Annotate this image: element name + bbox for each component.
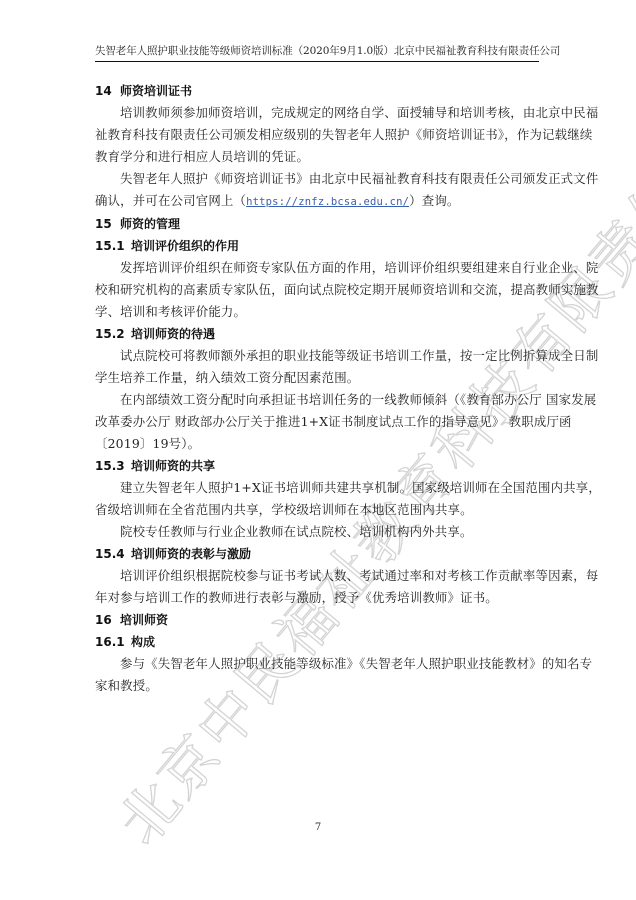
paragraph-line: 祉教育科技有限责任公司颁发相应级别的失智老年人照护《师资培训证书》，作为记载继续 xyxy=(95,124,539,146)
heading-title: 培训师资的共享 xyxy=(131,459,215,473)
heading-title: 构成 xyxy=(131,635,155,649)
paragraph-line: 校和研究机构的高素质专家队伍，面向试点院校定期开展师资培训和交流，提高教师实施教 xyxy=(95,279,539,301)
paragraph-line: 〔2019〕19号）。 xyxy=(95,433,539,455)
heading-14: 14师资培训证书 xyxy=(95,80,539,102)
link-prefix: 确认，并可在公司官网上（ xyxy=(95,193,246,208)
heading-15-3: 15.3培训师资的共享 xyxy=(95,455,539,477)
paragraph-line: 院校专任教师与行业企业教师在试点院校、培训机构内外共享。 xyxy=(95,521,539,543)
heading-15-4: 15.4培训师资的表彰与激励 xyxy=(95,543,539,565)
link-suffix: ）查询。 xyxy=(409,193,459,208)
paragraph: 院校专任教师与行业企业教师在试点院校、培训机构内外共享。 xyxy=(95,521,539,543)
heading-title: 师资的管理 xyxy=(120,217,180,231)
heading-number: 15 xyxy=(95,213,120,235)
paragraph-with-link: 失智老年人照护《师资培训证书》由北京中民福祉教育科技有限责任公司颁发正式文件 确… xyxy=(95,168,539,213)
heading-title: 师资培训证书 xyxy=(120,84,192,98)
paragraph-line: 试点院校可将教师额外承担的职业技能等级证书培训工作量，按一定比例折算成全日制 xyxy=(95,345,539,367)
page-number: 7 xyxy=(0,822,636,833)
paragraph-line: 培训评价组织根据院校参与证书考试人数、考试通过率和对考核工作贡献率等因素，每 xyxy=(95,565,539,587)
heading-number: 15.1 xyxy=(95,235,131,257)
paragraph-line: 改革委办公厅 财政部办公厅关于推进1+X证书制度试点工作的指导意见》 教职成厅函 xyxy=(95,411,539,433)
heading-title: 培训评价组织的作用 xyxy=(131,239,239,253)
paragraph: 参与《失智老年人照护职业技能等级标准》《失智老年人照护职业技能教材》的知名专 家… xyxy=(95,653,539,697)
paragraph: 培训评价组织根据院校参与证书考试人数、考试通过率和对考核工作贡献率等因素，每 年… xyxy=(95,565,539,609)
heading-number: 15.2 xyxy=(95,323,131,345)
paragraph-line: 家和教授。 xyxy=(95,675,539,697)
heading-title: 培训师资的表彰与激励 xyxy=(131,547,251,561)
paragraph-line: 年对参与培训工作的教师进行表彰与激励，授予《优秀培训教师》证书。 xyxy=(95,587,539,609)
heading-number: 15.3 xyxy=(95,455,131,477)
heading-number: 14 xyxy=(95,80,120,102)
heading-number: 16 xyxy=(95,609,120,631)
heading-16: 16培训师资 xyxy=(95,609,539,631)
heading-16-1: 16.1构成 xyxy=(95,631,539,653)
heading-15-1: 15.1培训评价组织的作用 xyxy=(95,235,539,257)
heading-title: 培训师资的待遇 xyxy=(131,327,215,341)
paragraph: 在内部绩效工资分配时向承担证书培训任务的一线教师倾斜（《教育部办公厅 国家发展 … xyxy=(95,389,539,455)
paragraph-line: 省级培训师在全省范围内共享，学校级培训师在本地区范围内共享。 xyxy=(95,499,539,521)
heading-number: 16.1 xyxy=(95,631,131,653)
paragraph: 建立失智老年人照护1+X证书培训师共建共享机制。国家级培训师在全国范围内共享， … xyxy=(95,477,539,521)
paragraph-line: 学生培养工作量，纳入绩效工资分配因素范围。 xyxy=(95,367,539,389)
paragraph: 培训教师须参加师资培训，完成规定的网络自学、面授辅导和培训考核，由北京中民福 祉… xyxy=(95,102,539,168)
paragraph-line: 在内部绩效工资分配时向承担证书培训任务的一线教师倾斜（《教育部办公厅 国家发展 xyxy=(95,389,539,411)
heading-15-2: 15.2培训师资的待遇 xyxy=(95,323,539,345)
heading-number: 15.4 xyxy=(95,543,131,565)
running-header: 失智老年人照护职业技能等级师资培训标准（2020年9月1.0版） 北京中民福祉教… xyxy=(95,44,539,62)
document-body: 14师资培训证书 培训教师须参加师资培训，完成规定的网络自学、面授辅导和培训考核… xyxy=(95,80,539,697)
header-company: 北京中民福祉教育科技有限责任公司 xyxy=(394,44,560,58)
paragraph: 发挥培训评价组织在师资专家队伍方面的作用，培训评价组织要组建来自行业企业、院 校… xyxy=(95,257,539,323)
paragraph-line: 发挥培训评价组织在师资专家队伍方面的作用，培训评价组织要组建来自行业企业、院 xyxy=(95,257,539,279)
paragraph-line: 确认，并可在公司官网上（https://znfz.bcsa.edu.cn/）查询… xyxy=(95,190,539,213)
paragraph-line: 参与《失智老年人照护职业技能等级标准》《失智老年人照护职业技能教材》的知名专 xyxy=(95,653,539,675)
paragraph-line: 学、培训和考核评价能力。 xyxy=(95,301,539,323)
paragraph-line: 培训教师须参加师资培训，完成规定的网络自学、面授辅导和培训考核，由北京中民福 xyxy=(95,102,539,124)
paragraph-line: 建立失智老年人照护1+X证书培训师共建共享机制。国家级培训师在全国范围内共享， xyxy=(95,477,539,499)
company-website-link[interactable]: https://znfz.bcsa.edu.cn/ xyxy=(246,196,409,208)
paragraph-line: 教育学分和进行相应人员培训的凭证。 xyxy=(95,146,539,168)
heading-title: 培训师资 xyxy=(120,613,168,627)
paragraph: 试点院校可将教师额外承担的职业技能等级证书培训工作量，按一定比例折算成全日制 学… xyxy=(95,345,539,389)
header-doc-title: 失智老年人照护职业技能等级师资培训标准（2020年9月1.0版） xyxy=(95,44,394,58)
paragraph-line: 失智老年人照护《师资培训证书》由北京中民福祉教育科技有限责任公司颁发正式文件 xyxy=(95,168,539,190)
heading-15: 15师资的管理 xyxy=(95,213,539,235)
